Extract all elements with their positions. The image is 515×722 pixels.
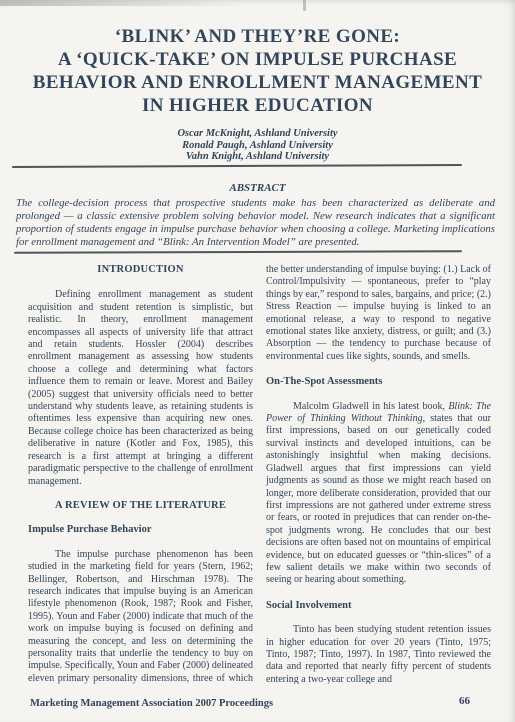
page-number: 66 — [459, 695, 470, 707]
continuation-paragraph: the better understanding of impulse buyi… — [266, 264, 491, 363]
scan-artifact-streak — [0, 0, 240, 6]
gladwell-paragraph: Malcolm Gladwell in his latest book, Bli… — [266, 401, 491, 587]
subheading-impulse-purchase-behavior: Impulse Purchase Behavior — [28, 524, 253, 536]
gladwell-paragraph-rest: , states that our first impressions, bas… — [266, 413, 491, 585]
two-column-body: INTRODUCTION Defining enrollment managem… — [28, 264, 492, 684]
right-column: the better understanding of impulse buyi… — [266, 264, 491, 684]
paper-title-line-1: ‘BLINK’ AND THEY’RE GONE: — [0, 25, 515, 48]
introduction-paragraph: Defining enrollment management as studen… — [28, 289, 253, 488]
paper-title-line-4: IN HIGHER EDUCATION — [0, 94, 515, 117]
impulse-behavior-paragraph: The impulse purchase phenomenon has been… — [28, 549, 253, 684]
subheading-on-the-spot-assessments: On-The-Spot Assessments — [266, 376, 491, 388]
author-1: Oscar McKnight, Ashland University — [0, 128, 515, 140]
author-list: Oscar McKnight, Ashland University Ronal… — [0, 128, 515, 163]
subheading-social-involvement: Social Involvement — [266, 600, 491, 612]
social-involvement-paragraph: Tinto has been studying student retentio… — [266, 624, 491, 684]
paper-title: ‘BLINK’ AND THEY’RE GONE: A ‘QUICK-TAKE’… — [0, 25, 515, 117]
author-2: Ronald Paugh, Ashland University — [0, 140, 515, 152]
section-heading-introduction: INTRODUCTION — [28, 264, 253, 276]
abstract-bottom-rule — [14, 250, 462, 254]
abstract-heading: ABSTRACT — [0, 182, 515, 194]
gladwell-paragraph-lead: Malcolm Gladwell in his latest book, — [293, 401, 448, 412]
paper-title-line-3: BEHAVIOR AND ENROLLMENT MANAGEMENT — [0, 71, 515, 94]
paper-title-line-2: A ‘QUICK-TAKE’ ON IMPULSE PURCHASE — [0, 48, 515, 71]
scan-artifact-tick — [303, 0, 306, 11]
abstract-text: The college-decision process that prospe… — [16, 197, 495, 249]
left-column: INTRODUCTION Defining enrollment managem… — [28, 264, 253, 684]
section-heading-literature-review: A REVIEW OF THE LITERATURE — [28, 500, 253, 512]
footer-proceedings-label: Marketing Management Association 2007 Pr… — [30, 698, 273, 709]
paper-page: ‘BLINK’ AND THEY’RE GONE: A ‘QUICK-TAKE’… — [0, 0, 515, 722]
author-3: Vahn Knight, Ashland University — [0, 151, 515, 163]
abstract-top-rule — [12, 164, 462, 168]
